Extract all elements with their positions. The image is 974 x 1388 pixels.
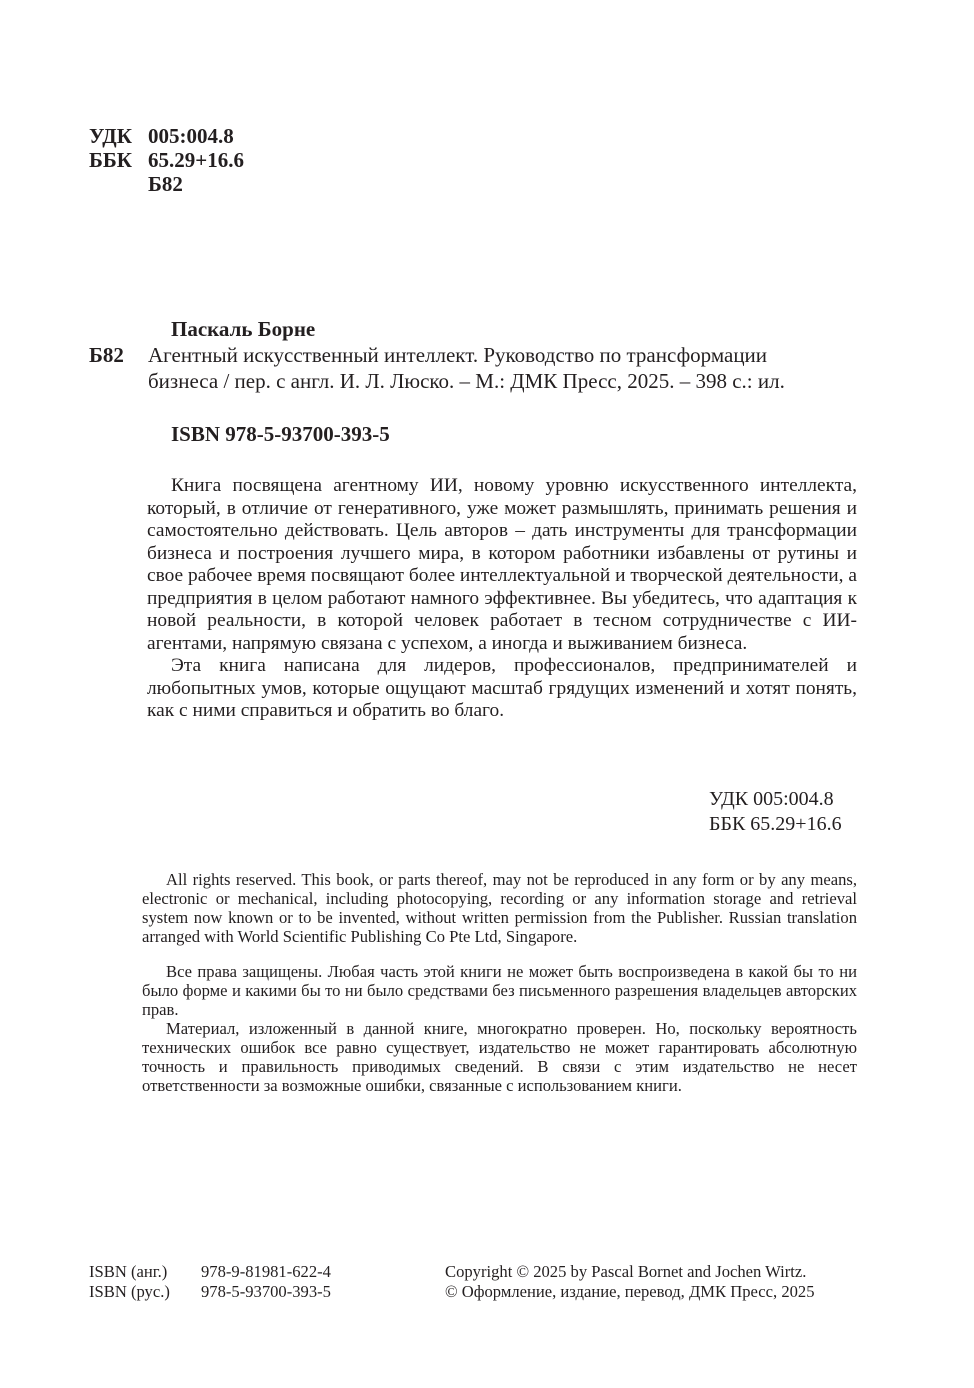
bibliography-line: Агентный искусственный интеллект. Руково… [148,342,860,368]
rights-russian-paragraph: Все права защищены. Любая часть этой кни… [142,962,857,1019]
rights-russian: Все права защищены. Любая часть этой кни… [142,962,857,1095]
bbk-code: ББК 65.29+16.6 [709,812,842,837]
isbn-row: ISBN (анг.) 978-9-81981-622-4 [89,1262,331,1282]
udk-code: УДК 005:004.8 [709,787,842,812]
udk-label: УДК [89,124,148,148]
copyright-line: © Оформление, издание, перевод, ДМК Прес… [445,1282,815,1302]
isbn-label: ISBN (рус.) [89,1282,201,1302]
author-name: Паскаль Борне [171,316,315,342]
codes-right: УДК 005:004.8 ББК 65.29+16.6 [709,787,842,837]
annotation: Книга посвящена агентному ИИ, новому уро… [147,475,857,723]
author-sign-row: Б82 [89,172,244,196]
rights-english-text: All rights reserved. This book, or parts… [142,870,857,946]
isbn-label: ISBN (анг.) [89,1262,201,1282]
isbn-value: 978-5-93700-393-5 [201,1282,331,1302]
copyright-line: Copyright © 2025 by Pascal Bornet and Jo… [445,1262,815,1282]
bbk-row: ББК 65.29+16.6 [89,148,244,172]
isbn-main: ISBN 978-5-93700-393-5 [171,421,390,447]
bibliography-description: Агентный искусственный интеллект. Руково… [148,342,860,394]
bibliography-code: Б82 [89,342,124,368]
rights-russian-paragraph: Материал, изложенный в данной книге, мно… [142,1019,857,1095]
annotation-paragraph: Эта книга написана для лидеров, професси… [147,655,857,723]
copyright-block: Copyright © 2025 by Pascal Bornet and Jo… [445,1262,815,1302]
bbk-label: ББК [89,148,148,172]
author-sign: Б82 [148,172,183,196]
bbk-value: 65.29+16.6 [148,148,244,172]
udk-row: УДК 005:004.8 [89,124,244,148]
isbn-table: ISBN (анг.) 978-9-81981-622-4 ISBN (рус.… [89,1262,331,1302]
udk-value: 005:004.8 [148,124,234,148]
classification-block: УДК 005:004.8 ББК 65.29+16.6 Б82 [89,124,244,196]
isbn-row: ISBN (рус.) 978-5-93700-393-5 [89,1282,331,1302]
bibliography-line: бизнеса / пер. с англ. И. Л. Люско. – М.… [148,368,860,394]
isbn-value: 978-9-81981-622-4 [201,1262,331,1282]
rights-english: All rights reserved. This book, or parts… [142,870,857,946]
annotation-paragraph: Книга посвящена агентному ИИ, новому уро… [147,475,857,655]
